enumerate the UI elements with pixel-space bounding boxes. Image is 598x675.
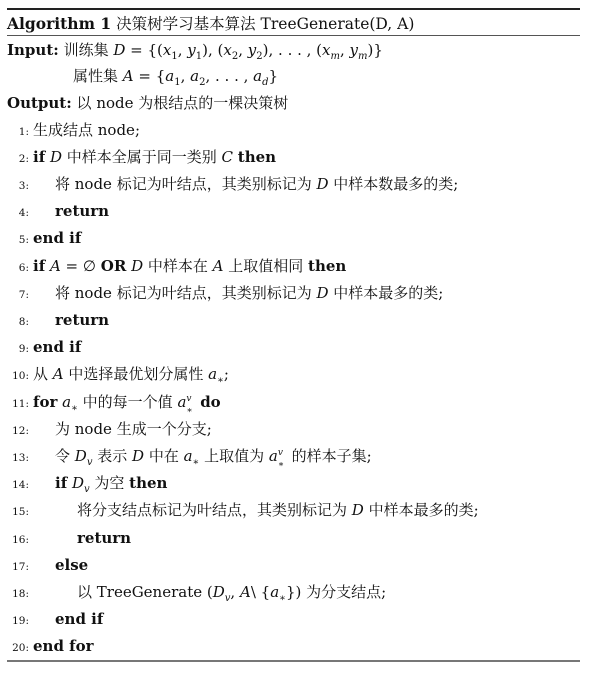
math: x: [322, 41, 330, 59]
keyword: end for: [33, 637, 94, 655]
keyword: then: [129, 474, 167, 492]
text: 上取值相同: [224, 257, 309, 275]
text: 令: [55, 447, 75, 465]
text: =: [61, 257, 83, 275]
keyword: then: [308, 257, 346, 275]
line-number: 18:: [7, 583, 33, 605]
output-line: Output: 以 node 为根结点的一棵决策树: [7, 92, 288, 114]
algo-line-8: 8:return: [7, 309, 109, 331]
output-label: Output:: [7, 94, 72, 112]
text: \ {: [251, 583, 270, 601]
math: D: [131, 257, 143, 275]
math: y: [248, 41, 256, 59]
algo-line-17: 17:else: [7, 554, 88, 576]
keyword: end if: [55, 610, 103, 628]
text: = {(: [125, 41, 163, 59]
keyword: end if: [33, 229, 81, 247]
math: a: [62, 393, 71, 411]
algo-line-11: 11:for a∗ 中的每一个值 av∗ do: [7, 391, 221, 413]
math: D: [316, 284, 328, 302]
algo-line-14: 14:if Dv 为空 then: [7, 472, 167, 494]
math-A: A: [123, 67, 134, 85]
text: = {: [134, 67, 166, 85]
keyword: end if: [33, 338, 81, 356]
math: y: [350, 41, 358, 59]
text: 中样本数最多的类;: [329, 175, 459, 193]
text: 中在: [144, 447, 184, 465]
algo-line-2: 2:if D 中样本全属于同一类别 C then: [7, 146, 276, 168]
keyword: return: [55, 311, 109, 329]
math: A: [240, 583, 251, 601]
math: A: [53, 365, 64, 383]
line-number: 20:: [7, 637, 33, 659]
text: ,: [230, 583, 240, 601]
text: ;: [224, 365, 229, 383]
math: D: [75, 447, 87, 465]
algo-line-15: 15:将分支结点标记为叶结点，其类别标记为 D 中样本最多的类;: [7, 499, 479, 521]
line-number: 12:: [7, 420, 33, 442]
math: C: [222, 148, 233, 166]
algo-line-4: 4:return: [7, 200, 109, 222]
top-rule: [7, 8, 580, 10]
line-number: 8:: [7, 311, 33, 333]
keyword: if: [55, 474, 67, 492]
text: )}: [368, 41, 383, 59]
math: a: [165, 67, 174, 85]
math: a: [270, 583, 279, 601]
math-D: D: [113, 41, 125, 59]
line-number: 11:: [7, 393, 33, 415]
text: 将 node 标记为叶结点，其类别标记为: [55, 284, 316, 302]
output-text: 以 node 为根结点的一棵决策树: [77, 94, 289, 112]
math: D: [352, 501, 364, 519]
math: 2: [256, 51, 262, 62]
algo-line-3: 3:将 node 标记为叶结点，其类别标记为 D 中样本数最多的类;: [7, 173, 458, 195]
algo-line-5: 5:end if: [7, 227, 81, 249]
math: ∗: [278, 454, 284, 476]
keyword: if: [33, 148, 45, 166]
line-number: 4:: [7, 202, 33, 224]
text: }: [269, 67, 279, 85]
text: 中样本最多的类;: [364, 501, 479, 519]
math: D: [316, 175, 328, 193]
text: 为空: [90, 474, 130, 492]
keyword: OR: [101, 257, 127, 275]
line-number: 15:: [7, 501, 33, 523]
math: a: [184, 447, 193, 465]
math: a: [190, 67, 199, 85]
math: a: [269, 447, 278, 465]
text: 的样本子集;: [287, 447, 372, 465]
line-number: 19:: [7, 610, 33, 632]
math: m: [331, 51, 340, 62]
line-number: 6:: [7, 257, 33, 279]
math: a: [208, 365, 217, 383]
text: 中的每一个值: [78, 393, 178, 411]
line-number: 16:: [7, 529, 33, 551]
algo-line-6: 6:if A = ∅ OR D 中样本在 A 上取值相同 then: [7, 255, 346, 277]
algo-line-10: 10:从 A 中选择最优划分属性 a∗;: [7, 363, 229, 385]
line-number: 17:: [7, 556, 33, 578]
text: 生成结点 node;: [33, 121, 140, 139]
text: 属性集: [73, 67, 123, 85]
text: 表示: [92, 447, 132, 465]
line-number: 13:: [7, 447, 33, 469]
input-line-1: Input: 训练集 D = {(x1, y1), (x2, y2), . . …: [7, 39, 383, 61]
math: y: [187, 41, 195, 59]
text: 将 node 标记为叶结点，其类别标记为: [55, 175, 316, 193]
math: a: [253, 67, 262, 85]
math-supsub: v∗: [278, 451, 287, 461]
algo-line-7: 7:将 node 标记为叶结点，其类别标记为 D 中样本最多的类;: [7, 282, 443, 304]
line-number: 5:: [7, 229, 33, 251]
math: ∗: [71, 403, 78, 414]
line-number: 10:: [7, 365, 33, 387]
text: , . . . ,: [205, 67, 253, 85]
algo-line-1: 1:生成结点 node;: [7, 119, 140, 141]
input-line-2: 属性集 A = {a1, a2, . . . , ad}: [73, 65, 278, 87]
line-number: 9:: [7, 338, 33, 360]
math: D: [132, 447, 144, 465]
text: , . . . , (: [269, 41, 323, 59]
text: ), (: [202, 41, 223, 59]
algo-line-12: 12:为 node 生成一个分支;: [7, 418, 212, 440]
math: A: [50, 257, 61, 275]
algorithm-title: 决策树学习基本算法 TreeGenerate(D, A): [116, 15, 414, 33]
algo-line-18: 18:以 TreeGenerate (Dv, A\ {a∗}) 为分支结点;: [7, 581, 386, 603]
keyword: else: [55, 556, 88, 574]
keyword: for: [33, 393, 57, 411]
keyword: do: [200, 393, 221, 411]
algo-line-20: 20:end for: [7, 635, 94, 657]
text: }) 为分支结点;: [286, 583, 386, 601]
text: 将分支结点标记为叶结点，其类别标记为: [77, 501, 352, 519]
text: 中选择最优划分属性: [64, 365, 209, 383]
text: 中样本全属于同一类别: [62, 148, 222, 166]
algo-line-13: 13:令 Dv 表示 D 中在 a∗ 上取值为 av∗ 的样本子集;: [7, 445, 372, 467]
caption-rule: [7, 35, 580, 36]
text: 以 TreeGenerate (: [77, 583, 213, 601]
text: 训练集: [64, 41, 114, 59]
text: ,: [178, 41, 188, 59]
math-supsub: v∗: [186, 397, 195, 407]
math: a: [177, 393, 186, 411]
line-number: 14:: [7, 474, 33, 496]
math: D: [72, 474, 84, 492]
algorithm-label: Algorithm 1: [7, 14, 111, 33]
text: ,: [238, 41, 248, 59]
line-number: 2:: [7, 148, 33, 170]
keyword: then: [238, 148, 276, 166]
algo-line-9: 9:end if: [7, 336, 81, 358]
empty-set-symbol: ∅: [83, 257, 96, 275]
keyword: return: [55, 202, 109, 220]
math: ∗: [217, 375, 224, 386]
text: 中样本在: [143, 257, 213, 275]
math: m: [358, 51, 367, 62]
text: ,: [181, 67, 191, 85]
math: A: [213, 257, 224, 275]
math: x: [223, 41, 231, 59]
keyword: if: [33, 257, 45, 275]
input-label: Input:: [7, 41, 59, 59]
text: 上取值为: [199, 447, 269, 465]
text: 从: [33, 365, 53, 383]
algorithm-caption: Algorithm 1 决策树学习基本算法 TreeGenerate(D, A): [7, 12, 414, 34]
line-number: 3:: [7, 175, 33, 197]
math: D: [213, 583, 225, 601]
line-number: 7:: [7, 284, 33, 306]
math: ∗: [279, 593, 286, 604]
text: 中样本最多的类;: [329, 284, 444, 302]
text: ,: [340, 41, 350, 59]
text: 为 node 生成一个分支;: [55, 420, 212, 438]
math: D: [50, 148, 62, 166]
keyword: return: [77, 529, 131, 547]
algo-line-19: 19:end if: [7, 608, 103, 630]
line-number: 1:: [7, 121, 33, 143]
algo-line-16: 16:return: [7, 527, 131, 549]
bottom-rule: [7, 660, 580, 662]
